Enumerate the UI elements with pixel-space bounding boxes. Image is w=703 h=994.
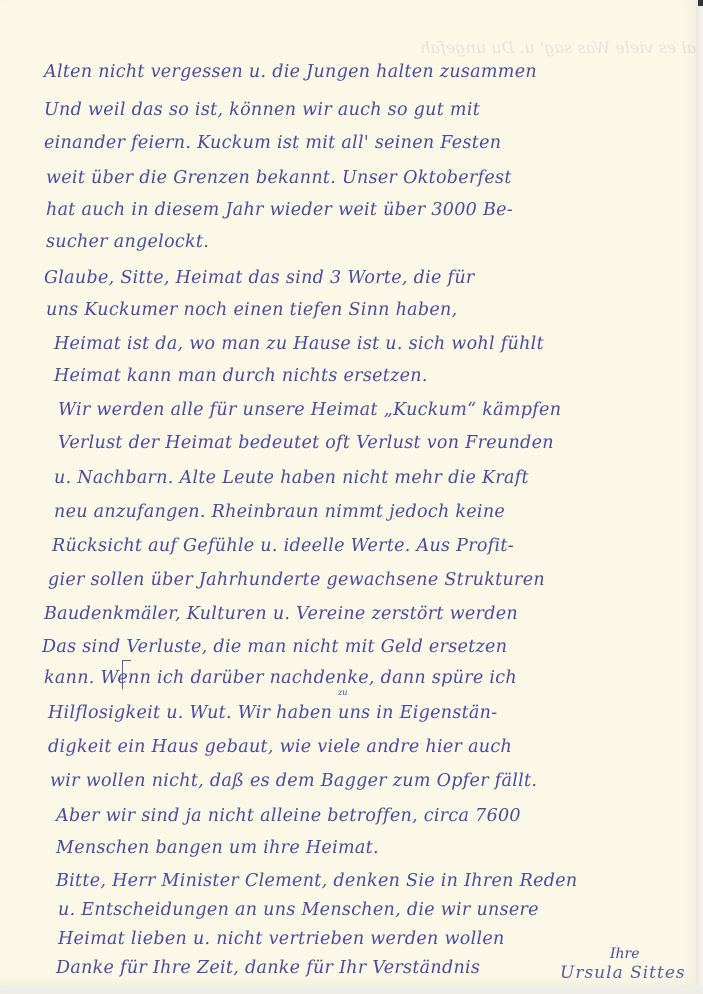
text-line: uns Kuckumer noch einen tiefen Sinn habe… — [46, 300, 458, 320]
text-line: Heimat lieben u. nicht vertrieben werden… — [58, 929, 505, 949]
text-line: Heimat ist da, wo man zu Hause ist u. si… — [54, 334, 544, 354]
text-line: Und weil das so ist, können wir auch so … — [44, 100, 480, 120]
text-line: Aber wir sind ja nicht alleine betroffen… — [56, 806, 521, 826]
text-line: Menschen bangen um ihre Heimat. — [56, 838, 379, 858]
text-line: einander feiern. Kuckum ist mit all' sei… — [44, 133, 501, 153]
text-line: Alten nicht vergessen u. die Jungen halt… — [44, 62, 674, 82]
text-line: Verlust der Heimat bedeutet oft Verlust … — [58, 433, 554, 453]
text-line: Das sind Verluste, die man nicht mit Gel… — [42, 637, 507, 657]
showthrough-text: Jst sal es viele Was sag' u. Du ungefah — [420, 38, 703, 57]
text-line: Bitte, Herr Minister Clement, denken Sie… — [56, 871, 577, 891]
text-line: hat auch in diesem Jahr wieder weit über… — [46, 200, 513, 220]
text-line: gier sollen über Jahrhunderte gewachsene… — [48, 570, 545, 590]
text-line: digkeit ein Haus gebaut, wie viele andre… — [48, 737, 512, 757]
text-line: neu anzufangen. Rheinbraun nimmt jedoch … — [54, 502, 505, 522]
text-line: kann. Wenn ich darüber nachdenke, dann s… — [44, 668, 517, 688]
text-line: u. Nachbarn. Alte Leute haben nicht mehr… — [54, 468, 529, 488]
text-line: Glaube, Sitte, Heimat das sind 3 Worte, … — [44, 268, 475, 288]
corner-mark — [698, 0, 703, 6]
page-edge-bottom — [0, 986, 703, 994]
signature: Ursula Sittes — [560, 963, 686, 983]
text-line: Rücksicht auf Gefühle u. ideelle Werte. … — [52, 536, 514, 556]
insertion-mark: zu — [338, 688, 347, 697]
text-line: Hilflosigkeit u. Wut. Wir haben uns in E… — [48, 703, 497, 723]
page-edge-right — [696, 0, 703, 994]
text-line: sucher angelockt. — [46, 232, 209, 252]
text-line: u. Entscheidungen an uns Menschen, die w… — [58, 900, 539, 920]
text-line: wir wollen nicht, daß es dem Bagger zum … — [50, 771, 537, 791]
closing-word: Ihre — [610, 946, 640, 962]
text-line: Danke für Ihre Zeit, danke für Ihr Verst… — [56, 958, 480, 978]
text-line: weit über die Grenzen bekannt. Unser Okt… — [46, 168, 512, 188]
text-line: Heimat kann man durch nichts ersetzen. — [54, 366, 428, 386]
text-line: Baudenkmäler, Kulturen u. Vereine zerstö… — [44, 604, 518, 624]
text-line: Wir werden alle für unsere Heimat „Kucku… — [58, 400, 561, 420]
letter-page: Jst sal es viele Was sag' u. Du ungefah … — [0, 0, 696, 986]
